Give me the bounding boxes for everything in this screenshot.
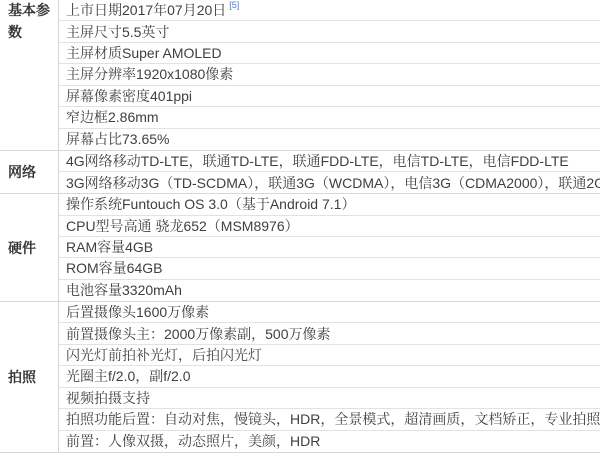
spec-value: 主f/2.0，副f/2.0: [94, 366, 190, 386]
spec-row: 操作系统Funtouch OS 3.0（基于Android 7.1）: [59, 194, 600, 215]
spec-row: 屏幕占比73.65%: [59, 129, 600, 150]
spec-label: 3G网络: [66, 173, 113, 193]
spec-row: 上市日期2017年07月20日[5]: [59, 0, 600, 21]
spec-label: 前置摄像头: [66, 324, 136, 344]
spec-label: 主屏尺寸: [66, 22, 122, 42]
category-label: 网络: [8, 162, 36, 182]
spec-value: 高通 骁龙652（MSM8976）: [124, 216, 299, 236]
category-label: 基本参数: [8, 0, 58, 43]
spec-value: 后置：自动对焦，慢镜头，HDR，全景模式，超清画质，文档矫正，专业拍照，延时摄影…: [122, 409, 600, 429]
spec-row: 主屏材质Super AMOLED: [59, 43, 600, 64]
spec-row: CPU型号高通 骁龙652（MSM8976）: [59, 216, 600, 237]
spec-rows-basic: 上市日期2017年07月20日[5] 主屏尺寸5.5英寸 主屏材质Super A…: [59, 0, 600, 150]
spec-row: 拍照功能后置：自动对焦，慢镜头，HDR，全景模式，超清画质，文档矫正，专业拍照，…: [59, 409, 600, 430]
spec-row: 视频拍摄支持: [59, 388, 600, 409]
spec-value: 前置：人像双摄，动态照片，美颜，HDR: [66, 431, 320, 451]
spec-group-hardware: 硬件 操作系统Funtouch OS 3.0（基于Android 7.1） CP…: [0, 194, 600, 302]
spec-label: 拍照功能: [66, 409, 122, 429]
spec-value: 73.65%: [122, 131, 169, 147]
spec-value: Funtouch OS 3.0（基于Android 7.1）: [122, 194, 355, 214]
spec-label: 主屏分辨率: [66, 64, 136, 84]
spec-value: 移动TD-LTE，联通TD-LTE，联通FDD-LTE，电信TD-LTE，电信F…: [113, 151, 569, 171]
spec-row: 4G网络移动TD-LTE，联通TD-LTE，联通FDD-LTE，电信TD-LTE…: [59, 151, 600, 172]
spec-row: RAM容量4GB: [59, 237, 600, 258]
spec-label: 窄边框: [66, 107, 108, 127]
reference-link[interactable]: [5]: [229, 0, 239, 10]
spec-group-network: 网络 4G网络移动TD-LTE，联通TD-LTE，联通FDD-LTE，电信TD-…: [0, 151, 600, 194]
spec-value: 2017年07月20日: [122, 0, 226, 20]
category-label: 拍照: [8, 367, 36, 387]
spec-row: 主屏分辨率1920x1080像素: [59, 64, 600, 85]
spec-group-camera: 拍照 后置摄像头1600万像素 前置摄像头主：2000万像素副，500万像素 闪…: [0, 302, 600, 453]
category-label: 硬件: [8, 238, 36, 258]
spec-value: 4GB: [125, 239, 153, 255]
spec-label: CPU型号: [66, 216, 124, 236]
spec-rows-network: 4G网络移动TD-LTE，联通TD-LTE，联通FDD-LTE，电信TD-LTE…: [59, 151, 600, 193]
spec-label: 屏幕像素密度: [66, 86, 150, 106]
spec-row: 3G网络移动3G（TD-SCDMA），联通3G（WCDMA），电信3G（CDMA…: [59, 172, 600, 193]
spec-label: RAM容量: [66, 237, 125, 257]
spec-row: 光圈主f/2.0，副f/2.0: [59, 366, 600, 387]
spec-value: 1920x1080像素: [136, 64, 233, 84]
spec-row: 闪光灯前拍补光灯，后拍闪光灯: [59, 345, 600, 366]
spec-value: Super AMOLED: [122, 45, 222, 61]
category-cell-network: 网络: [0, 151, 59, 193]
category-cell-basic: 基本参数: [0, 0, 59, 150]
spec-group-basic: 基本参数 上市日期2017年07月20日[5] 主屏尺寸5.5英寸 主屏材质Su…: [0, 0, 600, 151]
phone-spec-table: 基本参数 上市日期2017年07月20日[5] 主屏尺寸5.5英寸 主屏材质Su…: [0, 0, 600, 453]
spec-label: 操作系统: [66, 194, 122, 214]
spec-value: 前拍补光灯，后拍闪光灯: [108, 345, 262, 365]
spec-row: ROM容量64GB: [59, 258, 600, 279]
category-cell-camera: 拍照: [0, 302, 59, 452]
spec-row: 窄边框2.86mm: [59, 107, 600, 128]
spec-label: 上市日期: [66, 0, 122, 20]
spec-value: 2.86mm: [108, 109, 159, 125]
spec-value: 401ppi: [150, 88, 192, 104]
spec-row: 主屏尺寸5.5英寸: [59, 21, 600, 42]
spec-label: 光圈: [66, 366, 94, 386]
spec-label: 后置摄像头: [66, 302, 136, 322]
spec-value: 主：2000万像素副，500万像素: [136, 324, 331, 344]
spec-value: 1600万像素: [136, 302, 209, 322]
spec-row: 电池容量3320mAh: [59, 280, 600, 301]
spec-label: 主屏材质: [66, 43, 122, 63]
spec-value: 移动3G（TD-SCDMA），联通3G（WCDMA），电信3G（CDMA2000…: [113, 173, 600, 193]
spec-label: 闪光灯: [66, 345, 108, 365]
spec-row: 前置：人像双摄，动态照片，美颜，HDR: [59, 431, 600, 452]
spec-row: 后置摄像头1600万像素: [59, 302, 600, 323]
spec-value: 3320mAh: [122, 282, 182, 298]
category-cell-hardware: 硬件: [0, 194, 59, 301]
spec-label: 视频拍摄: [66, 388, 122, 408]
spec-label: 电池容量: [66, 280, 122, 300]
spec-rows-camera: 后置摄像头1600万像素 前置摄像头主：2000万像素副，500万像素 闪光灯前…: [59, 302, 600, 452]
spec-label: 4G网络: [66, 151, 113, 171]
spec-label: ROM容量: [66, 258, 127, 278]
spec-rows-hardware: 操作系统Funtouch OS 3.0（基于Android 7.1） CPU型号…: [59, 194, 600, 301]
spec-value: 5.5英寸: [122, 22, 169, 42]
spec-value: 64GB: [127, 260, 163, 276]
spec-value: 支持: [122, 388, 150, 408]
spec-label: 屏幕占比: [66, 129, 122, 149]
spec-row: 前置摄像头主：2000万像素副，500万像素: [59, 323, 600, 344]
spec-row: 屏幕像素密度401ppi: [59, 86, 600, 107]
